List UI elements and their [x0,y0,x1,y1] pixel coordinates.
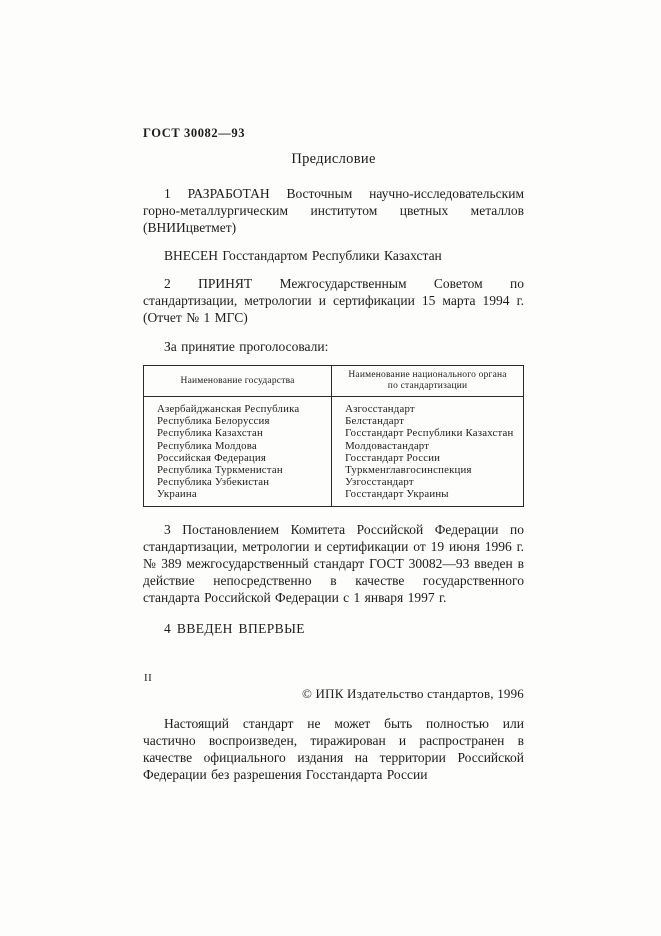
state-name-cell: Российская Федерация [144,452,332,464]
standard-code: ГОСТ 30082—93 [143,126,524,140]
org-name-cell: Туркменглавгосинспекция [332,464,524,476]
org-name-cell: Азгосстандарт [332,397,524,416]
org-name-cell: Госстандарт Республики Казахстан [332,427,524,439]
state-name-cell: Азербайджанская Республика [144,397,332,416]
state-name-cell: Республика Туркменистан [144,464,332,476]
table-row: Азербайджанская Республика Азгосстандарт [144,397,524,416]
table-row: Республика Молдова Молдовастандарт [144,440,524,452]
paragraph-developed: 1 РАЗРАБОТАН Восточным научно-исследоват… [143,185,524,236]
state-name-cell: Республика Молдова [144,440,332,452]
paragraph-disclaimer: Настоящий стандарт не может быть полност… [143,715,524,783]
voting-table-body: Азербайджанская Республика Азгосстандарт… [144,397,524,507]
state-name-cell: Республика Казахстан [144,427,332,439]
org-name-cell: Белстандарт [332,415,524,427]
voting-table: Наименование государства Наименование на… [143,365,524,507]
table-row: Украина Госстандарт Украины [144,488,524,506]
page-number: II [144,672,152,684]
org-name-cell: Молдовастандарт [332,440,524,452]
table-row: Республика Узбекистан Узгосстандарт [144,476,524,488]
table-header-row: Наименование государства Наименование на… [144,366,524,397]
paragraph-accepted: 2 ПРИНЯТ Межгосударственным Советом по с… [143,275,524,326]
paragraph-decree: 3 Постановлением Комитета Российской Фед… [143,521,524,606]
table-row: Российская Федерация Госстандарт России [144,452,524,464]
org-name-cell: Узгосстандарт [332,476,524,488]
vote-intro: За принятие проголосовали: [143,338,524,355]
table-row: Республика Белоруссия Белстандарт [144,415,524,427]
copyright-line: © ИПК Издательство стандартов, 1996 [143,686,524,702]
voting-table-header: Наименование государства Наименование на… [144,366,524,397]
org-name-cell: Госстандарт Украины [332,488,524,506]
table-row: Республика Казахстан Госстандарт Республ… [144,427,524,439]
state-name-cell: Республика Узбекистан [144,476,332,488]
table-row: Республика Туркменистан Туркменглавгосин… [144,464,524,476]
state-name-cell: Республика Белоруссия [144,415,332,427]
column-header-state: Наименование государства [144,366,332,397]
page-content: ГОСТ 30082—93 Предисловие 1 РАЗРАБОТАН В… [143,126,524,783]
state-name-cell: Украина [144,488,332,506]
paragraph-introduced-first: 4 ВВЕДЕН ВПЕРВЫЕ [143,621,524,637]
page-title: Предисловие [143,151,524,168]
org-name-cell: Госстандарт России [332,452,524,464]
paragraph-submitted: ВНЕСЕН Госстандартом Республики Казахста… [143,247,524,264]
document-page: ГОСТ 30082—93 Предисловие 1 РАЗРАБОТАН В… [0,0,661,936]
column-header-org: Наименование национального органа по ста… [332,366,524,397]
